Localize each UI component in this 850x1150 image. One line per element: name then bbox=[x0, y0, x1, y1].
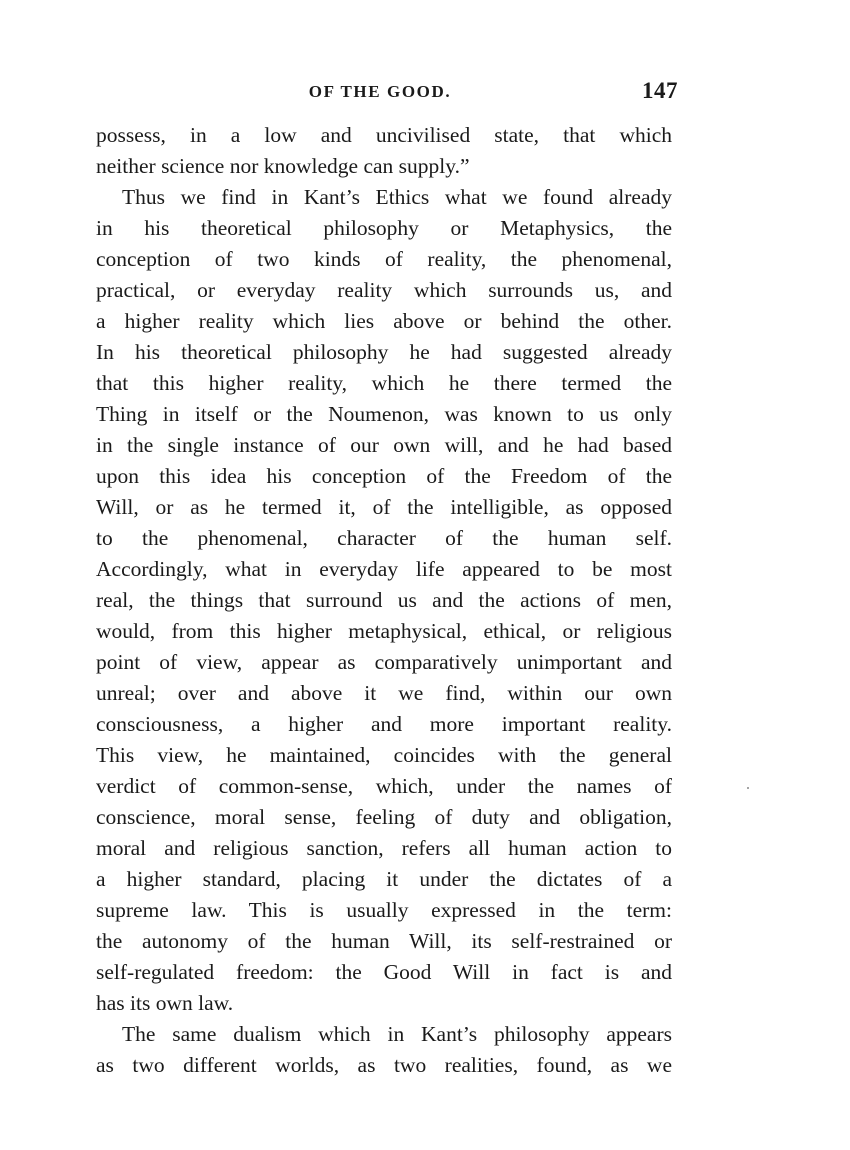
text-line: Will, or as he termed it, of the intelli… bbox=[96, 492, 672, 523]
running-title: OF THE GOOD. bbox=[92, 82, 668, 102]
text-line: supreme law. This is usually expressed i… bbox=[96, 895, 672, 926]
text-line: point of view, appear as comparatively u… bbox=[96, 647, 672, 678]
text-line: upon this idea his conception of the Fre… bbox=[96, 461, 672, 492]
text-line: self-regulated freedom: the Good Will in… bbox=[96, 957, 672, 988]
text-line: in the single instance of our own will, … bbox=[96, 430, 672, 461]
text-line: as two different worlds, as two realitie… bbox=[96, 1050, 672, 1081]
text-line: In his theoretical philosophy he had sug… bbox=[96, 337, 672, 368]
text-line: consciousness, a higher and more importa… bbox=[96, 709, 672, 740]
paragraph-first-line: Thus we find in Kant’s Ethics what we fo… bbox=[96, 182, 672, 213]
text-line: a higher reality which lies above or beh… bbox=[96, 306, 672, 337]
text-line: verdict of common-sense, which, under th… bbox=[96, 771, 672, 802]
body-text: possess, in a low and uncivilised state,… bbox=[96, 120, 672, 1081]
page-number: 147 bbox=[642, 78, 678, 104]
text-line: moral and religious sanction, refers all… bbox=[96, 833, 672, 864]
text-line: unreal; over and above it we find, withi… bbox=[96, 678, 672, 709]
scan-speck bbox=[747, 787, 749, 789]
text-line: Thing in itself or the Noumenon, was kno… bbox=[96, 399, 672, 430]
text-line: conscience, moral sense, feeling of duty… bbox=[96, 802, 672, 833]
text-line: in his theoretical philosophy or Metaphy… bbox=[96, 213, 672, 244]
text-line: practical, or everyday reality which sur… bbox=[96, 275, 672, 306]
text-line: possess, in a low and uncivilised state,… bbox=[96, 120, 672, 151]
text-line: real, the things that surround us and th… bbox=[96, 585, 672, 616]
text-line: a higher standard, placing it under the … bbox=[96, 864, 672, 895]
text-line: to the phenomenal, character of the huma… bbox=[96, 523, 672, 554]
running-header: OF THE GOOD. 147 bbox=[96, 80, 672, 110]
text-line: neither science nor knowledge can supply… bbox=[96, 151, 672, 182]
text-line: Accordingly, what in everyday life appea… bbox=[96, 554, 672, 585]
paragraph-first-line: The same dualism which in Kant’s philoso… bbox=[96, 1019, 672, 1050]
text-line: the autonomy of the human Will, its self… bbox=[96, 926, 672, 957]
book-page: OF THE GOOD. 147 possess, in a low and u… bbox=[0, 0, 850, 1150]
text-line: This view, he maintained, coincides with… bbox=[96, 740, 672, 771]
text-line: conception of two kinds of reality, the … bbox=[96, 244, 672, 275]
text-line: that this higher reality, which he there… bbox=[96, 368, 672, 399]
text-line: would, from this higher metaphysical, et… bbox=[96, 616, 672, 647]
text-line: has its own law. bbox=[96, 988, 672, 1019]
